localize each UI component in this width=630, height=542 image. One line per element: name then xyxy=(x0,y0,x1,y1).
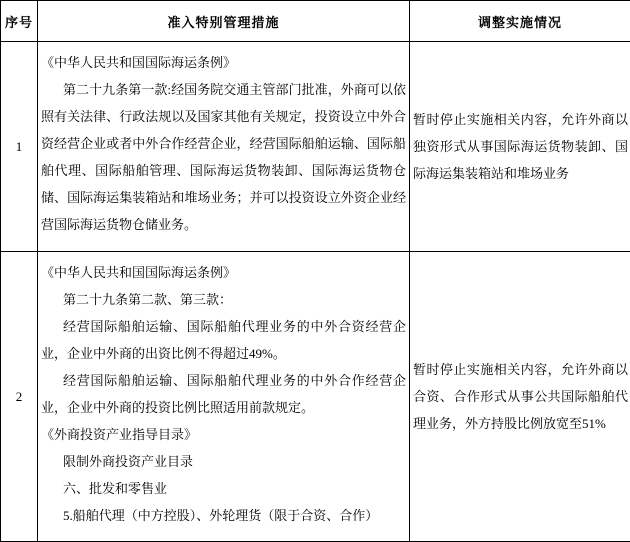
adjustment-text: 暂时停止实施相关内容，允许外商以合资、合作形式从事公共国际船舶代理业务，外方持股… xyxy=(413,362,628,431)
measure-paragraph: 六、批发和零售业 xyxy=(41,475,406,502)
table-body: 1 《中华人民共和国国际海运条例》第二十九条第一款:经国务院交通主管部门批准，外… xyxy=(1,42,630,542)
measure-paragraph: 《中华人民共和国国际海运条例》 xyxy=(41,259,406,286)
measure-paragraph: 《中华人民共和国国际海运条例》 xyxy=(41,49,406,76)
measures-cell: 《中华人民共和国国际海运条例》第二十九条第一款:经国务院交通主管部门批准，外商可… xyxy=(38,42,410,252)
row-number-cell: 1 xyxy=(1,42,38,252)
header-special-measures: 准入特别管理措施 xyxy=(38,1,410,42)
measure-paragraph: 经营国际船舶运输、国际船舶代理业务的中外合作经营企业，企业中外商的投资比例比照适… xyxy=(41,367,406,421)
measure-paragraph: 第二十九条第一款:经国务院交通主管部门批准，外商可以依照有关法律、行政法规以及国… xyxy=(41,76,406,238)
adjustment-cell: 暂时停止实施相关内容，允许外商以合资、合作形式从事公共国际船舶代理业务，外方持股… xyxy=(410,252,630,542)
row-number: 2 xyxy=(16,389,23,404)
table-header: 序号 准入特别管理措施 调整实施情况 xyxy=(1,1,630,42)
header-row: 序号 准入特别管理措施 调整实施情况 xyxy=(1,1,630,42)
adjustment-text: 暂时停止实施相关内容，允许外商以独资形式从事国际海运货物装卸、国际海运集装箱站和… xyxy=(413,112,628,181)
row-number-cell: 2 xyxy=(1,252,38,542)
table-row: 2 《中华人民共和国国际海运条例》第二十九条第二款、第三款：经营国际船舶运输、国… xyxy=(1,252,630,542)
adjustment-cell: 暂时停止实施相关内容，允许外商以独资形式从事国际海运货物装卸、国际海运集装箱站和… xyxy=(410,42,630,252)
measures-cell: 《中华人民共和国国际海运条例》第二十九条第二款、第三款：经营国际船舶运输、国际船… xyxy=(38,252,410,542)
measure-paragraph: 经营国际船舶运输、国际船舶代理业务的中外合资经营企业，企业中外商的出资比例不得超… xyxy=(41,313,406,367)
table-row: 1 《中华人民共和国国际海运条例》第二十九条第一款:经国务院交通主管部门批准，外… xyxy=(1,42,630,252)
row-number: 1 xyxy=(16,139,23,154)
measure-paragraph: 《外商投资产业指导目录》 xyxy=(41,421,406,448)
measure-paragraph: 限制外商投资产业目录 xyxy=(41,448,406,475)
measure-paragraph: 第二十九条第二款、第三款： xyxy=(41,286,406,313)
measure-paragraph: 5.船舶代理（中方控股）、外轮理货（限于合资、合作） xyxy=(41,502,406,529)
header-serial-number: 序号 xyxy=(1,1,38,42)
header-adjustment-status: 调整实施情况 xyxy=(410,1,630,42)
special-measures-table: 序号 准入特别管理措施 调整实施情况 1 《中华人民共和国国际海运条例》第二十九… xyxy=(0,0,630,542)
